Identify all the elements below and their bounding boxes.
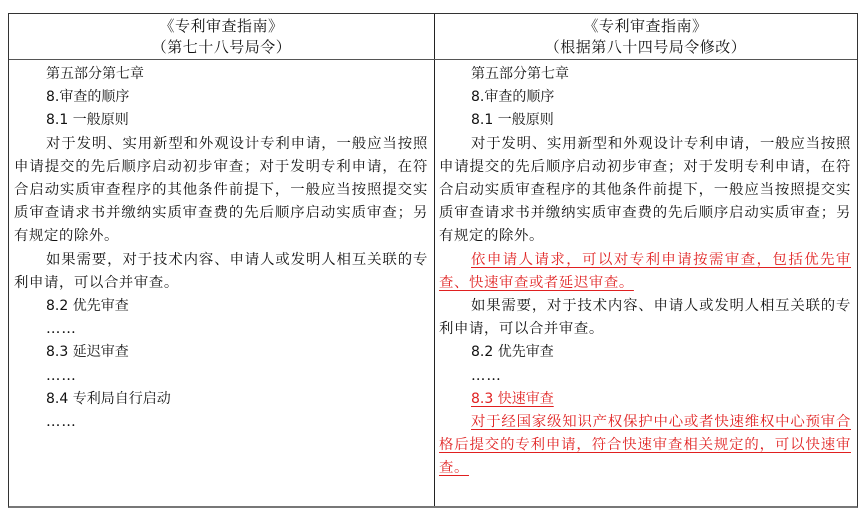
paragraph: 对于发明、实用新型和外观设计专利申请，一般应当按照申请提交的先后顺序启动初步审查… <box>439 133 851 249</box>
paragraph: 对于经国家级知识产权保护中心或者快速维权中心预审合格后提交的专利申请，符合快速审… <box>439 411 851 481</box>
section-heading: 8.1 一般原则 <box>439 109 851 132</box>
paragraph: 如果需要，对于技术内容、申请人或发明人相互关联的专利申请，可以合并审查。 <box>14 249 428 295</box>
old-subtitle: （第七十八号局令） <box>9 37 434 58</box>
amended-text: 依申请人请求，可以对专利申请按需审查，包括优先审查、快速审查或者延迟审查。 <box>439 252 851 291</box>
omitted-text: …… <box>14 318 428 341</box>
section-heading: 8.3 延迟审查 <box>14 341 428 364</box>
new-title: 《专利审查指南》 <box>434 16 857 37</box>
omitted-text: …… <box>14 365 428 388</box>
omitted-text: …… <box>439 365 851 388</box>
section-heading: 8.4 专利局自行启动 <box>14 388 428 411</box>
paragraph: 依申请人请求，可以对专利申请按需审查，包括优先审查、快速审查或者延迟审查。 <box>439 249 851 295</box>
paragraph: 对于发明、实用新型和外观设计专利申请，一般应当按照申请提交的先后顺序启动初步审查… <box>14 133 428 249</box>
section-heading: 第五部分第七章 <box>14 63 428 86</box>
section-heading: 第五部分第七章 <box>439 63 851 86</box>
omitted-text: …… <box>14 411 428 434</box>
section-heading: 8.3 快速审查 <box>439 388 851 411</box>
section-heading: 8.审查的顺序 <box>439 86 851 109</box>
column-new-version: 《专利审查指南》 （根据第八十四号局令修改） 第五部分第七章8.审查的顺序8.1… <box>434 14 857 506</box>
column-header-old: 《专利审查指南》 （第七十八号局令） <box>9 14 434 60</box>
new-content: 第五部分第七章8.审查的顺序8.1 一般原则对于发明、实用新型和外观设计专利申请… <box>434 60 857 481</box>
column-header-new: 《专利审查指南》 （根据第八十四号局令修改） <box>434 14 857 60</box>
section-heading: 8.2 优先审查 <box>14 295 428 318</box>
paragraph: 如果需要，对于技术内容、申请人或发明人相互关联的专利申请，可以合并审查。 <box>439 295 851 341</box>
section-heading: 8.1 一般原则 <box>14 109 428 132</box>
section-heading: 8.审查的顺序 <box>14 86 428 109</box>
comparison-table: 《专利审查指南》 （第七十八号局令） 第五部分第七章8.审查的顺序8.1 一般原… <box>8 13 858 508</box>
old-title: 《专利审查指南》 <box>9 16 434 37</box>
old-content: 第五部分第七章8.审查的顺序8.1 一般原则对于发明、实用新型和外观设计专利申请… <box>9 60 434 434</box>
section-heading: 8.2 优先审查 <box>439 341 851 364</box>
column-old-version: 《专利审查指南》 （第七十八号局令） 第五部分第七章8.审查的顺序8.1 一般原… <box>9 14 435 506</box>
amended-text: 对于经国家级知识产权保护中心或者快速维权中心预审合格后提交的专利申请，符合快速审… <box>439 414 851 476</box>
amended-text: 8.3 快速审查 <box>471 391 554 407</box>
new-subtitle: （根据第八十四号局令修改） <box>434 37 857 58</box>
